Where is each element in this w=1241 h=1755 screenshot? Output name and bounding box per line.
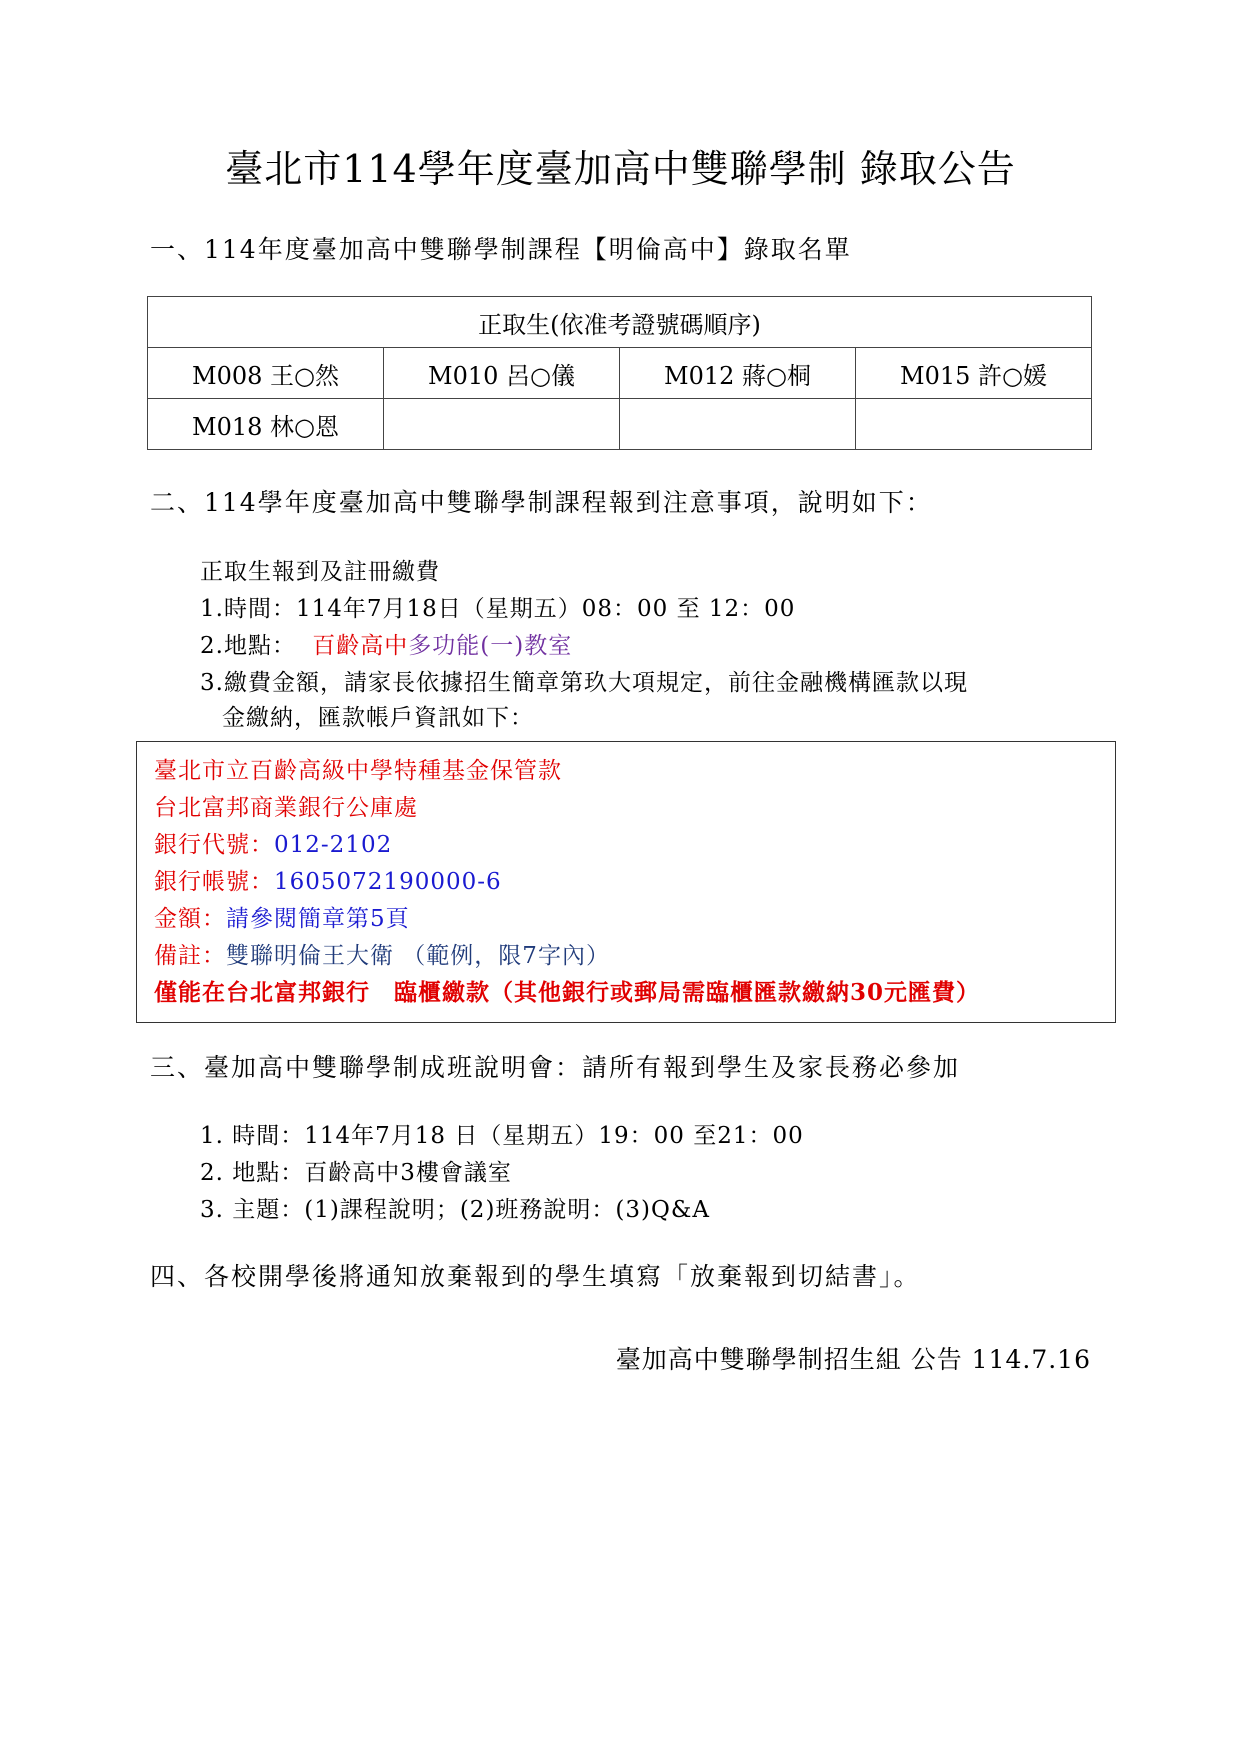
note-value: 雙聯明倫王大衛 （範例，限7字內） <box>226 943 610 969</box>
table-cell: M018 林○恩 <box>148 399 384 450</box>
bank-name: 台北富邦商業銀行公庫處 <box>154 789 418 822</box>
section2-subheading: 正取生報到及註冊繳費 <box>200 553 440 586</box>
account-number-label: 銀行帳號： <box>154 869 274 895</box>
location-label: 2.地點： <box>200 633 296 659</box>
section1-heading: 一、114年度臺加高中雙聯學制課程【明倫高中】錄取名單 <box>150 230 852 266</box>
admission-table: 正取生(依准考證號碼順序) M008 王○然 M010 呂○儀 M012 蔣○桐… <box>147 296 1092 450</box>
table-cell: M008 王○然 <box>148 348 384 399</box>
section3-item-location: 2. 地點：百齡高中3樓會議室 <box>200 1154 512 1187</box>
section2-item-time: 1.時間：114年7月18日（星期五）08：00 至 12：00 <box>200 590 795 623</box>
section2-heading: 二、114學年度臺加高中雙聯學制課程報到注意事項，說明如下： <box>150 483 933 519</box>
section3-heading: 三、臺加高中雙聯學制成班說明會：請所有報到學生及家長務必參加 <box>150 1048 960 1084</box>
account-name: 臺北市立百齡高級中學特種基金保管款 <box>154 752 562 785</box>
section2-item-fee-line1: 3.繳費金額，請家長依據招生簡章第玖大項規定，前往金融機構匯款以現 <box>200 664 968 697</box>
table-cell <box>384 399 620 450</box>
page-title: 臺北市114學年度臺加高中雙聯學制 錄取公告 <box>0 138 1241 193</box>
table-row: M018 林○恩 <box>148 399 1092 450</box>
bank-code-label: 銀行代號： <box>154 832 274 858</box>
section3-item-time: 1. 時間：114年7月18 日（星期五）19：00 至21：00 <box>200 1117 804 1150</box>
bank-code: 012-2102 <box>274 832 392 858</box>
table-cell: M010 呂○儀 <box>384 348 620 399</box>
payment-warning: 僅能在台北富邦銀行 臨櫃繳款（其他銀行或郵局需臨櫃匯款繳納30元匯費） <box>154 974 980 1007</box>
amount-label: 金額： <box>154 906 226 932</box>
section2-item-location: 2.地點： 百齡高中多功能(一)教室 <box>200 627 572 660</box>
section4-heading: 四、各校開學後將通知放棄報到的學生填寫「放棄報到切結書」。 <box>150 1257 921 1293</box>
table-cell <box>856 399 1092 450</box>
note-label: 備註： <box>154 943 226 969</box>
footer-signature: 臺加高中雙聯學制招生組 公告 114.7.16 <box>616 1340 1091 1376</box>
table-row: M008 王○然 M010 呂○儀 M012 蔣○桐 M015 許○媛 <box>148 348 1092 399</box>
section3-item-topics: 3. 主題：(1)課程說明；(2)班務說明：(3)Q&A <box>200 1191 710 1224</box>
account-number: 1605072190000-6 <box>274 869 502 895</box>
table-header: 正取生(依准考證號碼順序) <box>148 297 1092 348</box>
note-row: 備註：雙聯明倫王大衛 （範例，限7字內） <box>154 937 610 970</box>
table-cell <box>620 399 856 450</box>
bank-code-row: 銀行代號：012-2102 <box>154 826 392 859</box>
location-room: 多功能(一)教室 <box>408 633 572 659</box>
table-cell: M012 蔣○桐 <box>620 348 856 399</box>
account-number-row: 銀行帳號：1605072190000-6 <box>154 863 502 896</box>
amount-row: 金額：請參閱簡章第5頁 <box>154 900 410 933</box>
table-cell: M015 許○媛 <box>856 348 1092 399</box>
section2-item-fee-line2: 金繳納，匯款帳戶資訊如下： <box>222 699 534 732</box>
bank-account-box: 臺北市立百齡高級中學特種基金保管款 台北富邦商業銀行公庫處 銀行代號：012-2… <box>136 741 1116 1023</box>
location-school: 百齡高中 <box>312 633 408 659</box>
amount-value: 請參閱簡章第5頁 <box>226 906 410 932</box>
